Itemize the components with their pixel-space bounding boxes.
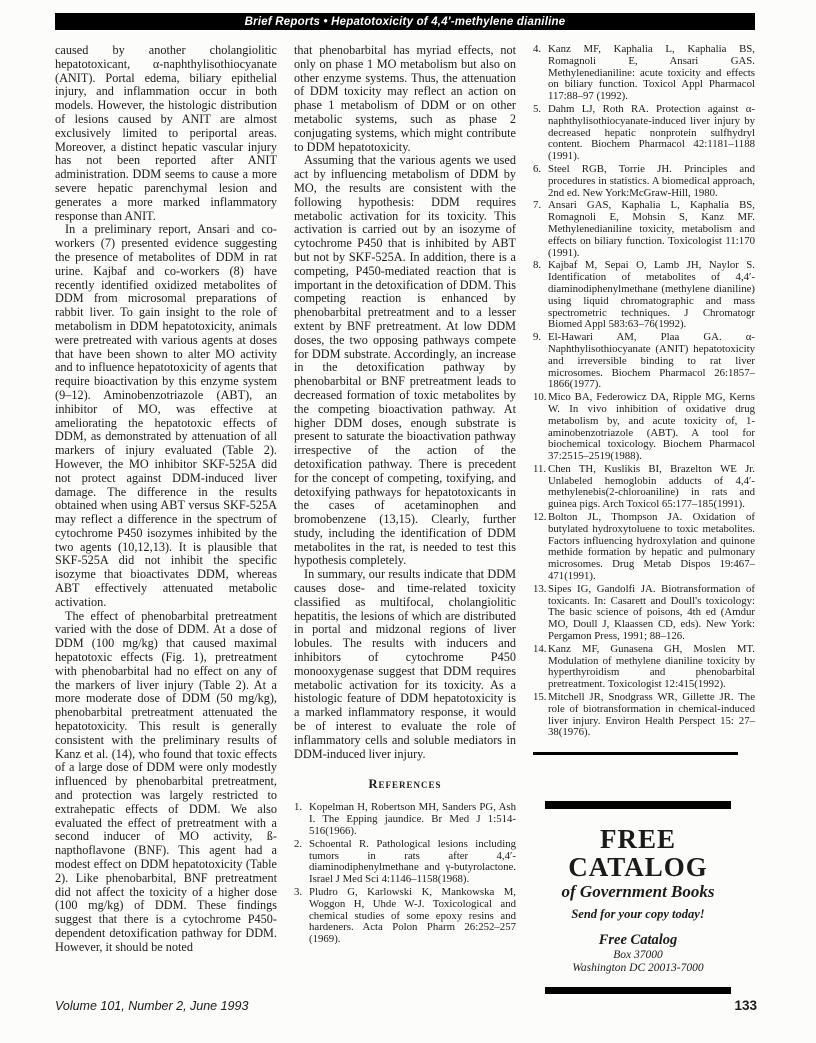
ad-tagline: Send for your copy today! — [547, 907, 729, 921]
ad-reply-name: Free Catalog — [547, 932, 729, 948]
reference-text: Ansari GAS, Kaphalia L, Kaphalia BS, Rom… — [548, 199, 755, 258]
reference-text: Bolton JL, Thompson JA. Oxidation of but… — [548, 511, 755, 582]
reference-number: 6. — [533, 164, 541, 176]
reference-item: 9. El-Hawari AM, Plaa GA. α-Naphthylisot… — [533, 332, 755, 391]
reference-text: Kajbaf M, Sepai O, Lamb JH, Naylor S. Id… — [548, 259, 755, 330]
article-content: caused by another cholangiolitic hepatot… — [55, 44, 755, 994]
reference-text: Kanz MF, Gunasena GH, Moslen MT. Modulat… — [548, 643, 755, 690]
reference-number: 1. — [294, 802, 302, 814]
header-bar: Brief Reports • Hepatotoxicity of 4,4′-m… — [55, 13, 755, 30]
footer-issue: Volume 101, Number 2, June 1993 — [55, 999, 248, 1013]
reference-number: 3. — [294, 887, 302, 899]
section-divider-rule — [533, 752, 738, 755]
reference-text: Kopelman H, Robertson MH, Sanders PG, As… — [309, 801, 516, 837]
reference-text: Chen TH, Kuslikis BI, Brazelton WE Jr. U… — [548, 463, 755, 510]
reference-text: El-Hawari AM, Plaa GA. α-Naphthylisothio… — [548, 331, 755, 390]
reference-item: 4. Kanz MF, Kaphalia L, Kaphalia BS, Rom… — [533, 44, 755, 103]
reference-number: 13. — [533, 584, 547, 596]
column-1: caused by another cholangiolitic hepatot… — [55, 44, 277, 994]
body-paragraph: The effect of phenobarbital pretreatment… — [55, 610, 277, 955]
reference-text: Schoental R. Pathological lesions includ… — [309, 838, 516, 885]
footer-page-number: 133 — [734, 998, 757, 1013]
reference-item: 7. Ansari GAS, Kaphalia L, Kaphalia BS, … — [533, 200, 755, 259]
reference-item: 13. Sipes IG, Gandolfi JA. Biotransforma… — [533, 584, 755, 643]
reference-number: 11. — [533, 464, 546, 476]
reference-item: 14. Kanz MF, Gunasena GH, Moslen MT. Mod… — [533, 644, 755, 691]
reference-item: 2. Schoental R. Pathological lesions inc… — [294, 839, 516, 886]
page-footer: Volume 101, Number 2, June 1993 133 — [55, 998, 757, 1013]
ad-reply-city: Washington DC 20013-7000 — [547, 962, 729, 975]
reference-item: 6. Steel RGB, Torrie JH. Principles and … — [533, 164, 755, 199]
free-catalog-ad: FREE CATALOG of Government Books Send fo… — [545, 801, 731, 994]
body-paragraph: that phenobarbital has myriad effects, n… — [294, 44, 516, 154]
journal-page: Brief Reports • Hepatotoxicity of 4,4′-m… — [0, 0, 816, 1043]
reference-number: 15. — [533, 692, 547, 704]
reference-item: 8. Kajbaf M, Sepai O, Lamb JH, Naylor S.… — [533, 260, 755, 331]
body-paragraph: In summary, our results indicate that DD… — [294, 568, 516, 761]
reference-text: Dahm LJ, Roth RA. Protection against α-n… — [548, 103, 755, 162]
reference-number: 12. — [533, 512, 547, 524]
reference-item: 15. Mitchell JR, Snodgrass WR, Gillette … — [533, 692, 755, 739]
reference-number: 4. — [533, 44, 541, 56]
reference-text: Mitchell JR, Snodgrass WR, Gillette JR. … — [548, 691, 755, 738]
reference-text: Kanz MF, Kaphalia L, Kaphalia BS, Romagn… — [548, 44, 755, 102]
reference-number: 14. — [533, 644, 547, 656]
ad-reply-box: Box 37000 — [547, 949, 729, 962]
ad-title: FREE CATALOG — [547, 825, 729, 881]
body-paragraph: In a preliminary report, Ansari and co-w… — [55, 223, 277, 609]
reference-item: 11. Chen TH, Kuslikis BI, Brazelton WE J… — [533, 464, 755, 511]
column-2: that phenobarbital has myriad effects, n… — [294, 44, 516, 994]
reference-number: 5. — [533, 104, 541, 116]
ad-top-bar — [545, 801, 731, 809]
header-title: Brief Reports • Hepatotoxicity of 4,4′-m… — [245, 16, 566, 28]
ad-content: FREE CATALOG of Government Books Send fo… — [545, 809, 731, 987]
reference-text: Steel RGB, Torrie JH. Principles and pro… — [548, 163, 755, 199]
reference-item: 10. Mico BA, Federowicz DA, Ripple MG, K… — [533, 392, 755, 463]
reference-item: 3. Pludro G, Karlowski K, Mankowska M, W… — [294, 887, 516, 946]
reference-number: 9. — [533, 332, 541, 344]
reference-item: 12. Bolton JL, Thompson JA. Oxidation of… — [533, 512, 755, 583]
reference-number: 8. — [533, 260, 541, 272]
body-paragraph: Assuming that the various agents we used… — [294, 154, 516, 568]
reference-text: Pludro G, Karlowski K, Mankowska M, Wogg… — [309, 886, 516, 945]
body-paragraph: caused by another cholangiolitic hepatot… — [55, 44, 277, 223]
reference-number: 7. — [533, 200, 541, 212]
references-heading: References — [294, 777, 516, 792]
reference-item: 5. Dahm LJ, Roth RA. Protection against … — [533, 104, 755, 163]
ad-subtitle: of Government Books — [547, 882, 729, 901]
reference-text: Mico BA, Federowicz DA, Ripple MG, Kerns… — [548, 391, 755, 462]
ad-bottom-bar — [545, 987, 731, 994]
reference-item: 1. Kopelman H, Robertson MH, Sanders PG,… — [294, 802, 516, 837]
reference-number: 2. — [294, 839, 302, 851]
column-3: 4. Kanz MF, Kaphalia L, Kaphalia BS, Rom… — [533, 44, 755, 994]
reference-text: Sipes IG, Gandolfi JA. Biotransformation… — [548, 583, 755, 642]
reference-number: 10. — [533, 392, 547, 404]
